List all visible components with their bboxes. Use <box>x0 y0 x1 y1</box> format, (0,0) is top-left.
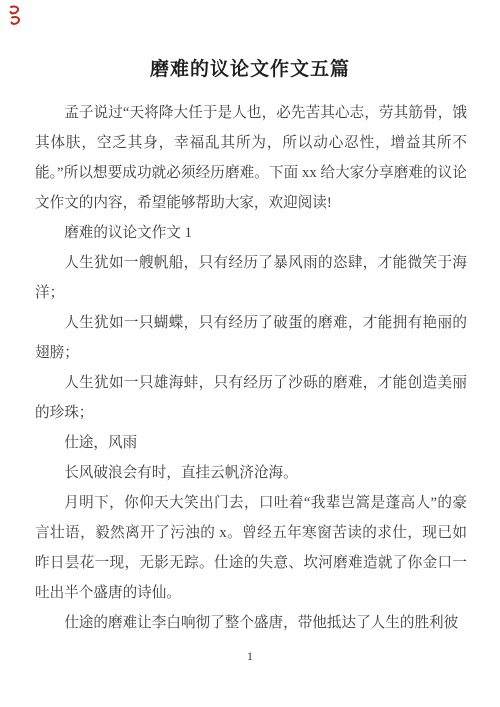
document-page: 磨难的议论文作文五篇 孟子说过“天将降大任于是人也，必先苦其心志，劳其筋骨，饿其… <box>0 0 500 707</box>
paragraph-libai-cont: 仕途的磨难让李白响彻了整个盛唐，带他抵达了人生的胜利彼 <box>35 608 467 638</box>
paragraph-oyster: 人生犹如一只雄海蚌，只有经历了沙砾的磨难，才能创造美丽的珍珠； <box>35 368 467 428</box>
paragraph-libai: 月明下，你仰天大笑出门去，口吐着“我辈岂篙是蓬高人”的豪言壮语，毅然离开了污浊的… <box>35 488 467 608</box>
red-logo-icon <box>8 5 22 27</box>
paragraph-intro: 孟子说过“天将降大任于是人也，必先苦其心志，劳其筋骨，饿其体肤，空乏其身，幸福乱… <box>35 98 467 218</box>
document-body: 孟子说过“天将降大任于是人也，必先苦其心志，劳其筋骨，饿其体肤，空乏其身，幸福乱… <box>35 98 467 638</box>
paragraph-butterfly: 人生犹如一只蝴蝶，只有经历了破蛋的磨难，才能拥有艳丽的翅膀； <box>35 308 467 368</box>
paragraph-verse: 长风破浪会有时，直挂云帆济沧海。 <box>35 458 467 488</box>
subheading-official-career: 仕途，风雨 <box>35 428 467 458</box>
document-title: 磨难的议论文作文五篇 <box>0 0 500 83</box>
red-logo-mark <box>8 5 22 27</box>
section-heading-1: 磨难的议论文作文 1 <box>35 218 467 248</box>
paragraph-sailboat: 人生犹如一艘帆船，只有经历了暴风雨的恣肆，才能微笑于海洋； <box>35 248 467 308</box>
page-number: 1 <box>0 649 500 663</box>
